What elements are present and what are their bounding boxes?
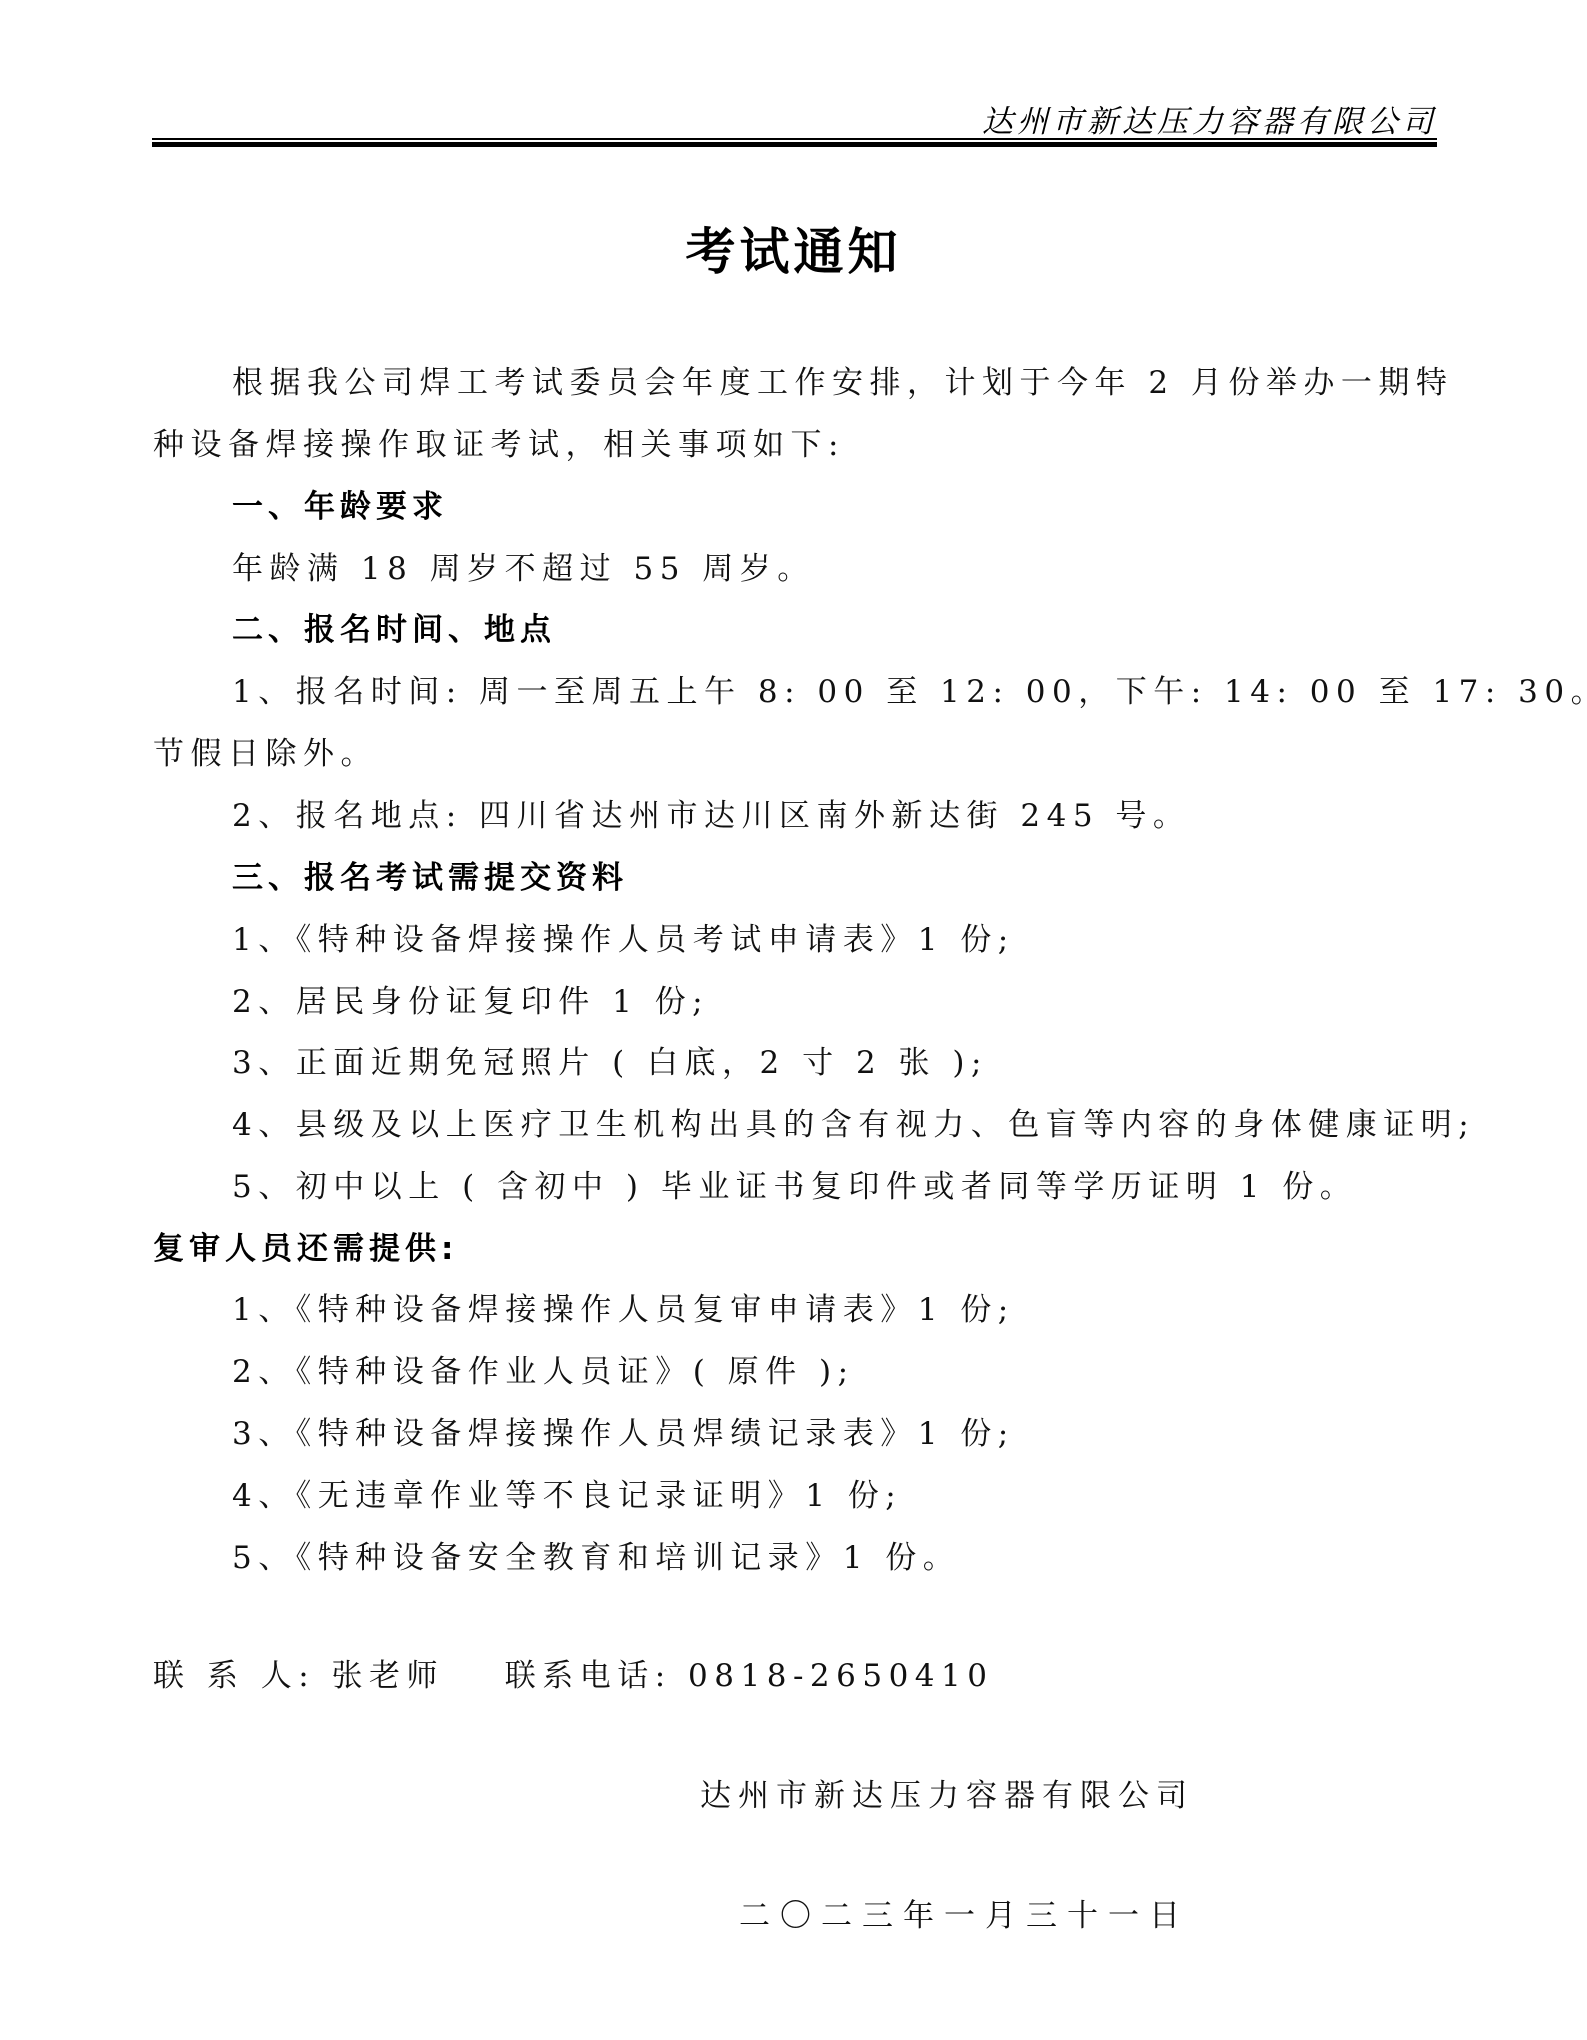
contact-line: 联 系 人: 张老师 联系电话: 0818-2650410 [153,1656,993,1696]
section-heading-registration: 二、报名时间、地点 [232,610,556,650]
material-item-5: 5、初中以上 ( 含初中 ) 毕业证书复印件或者同等学历证明 1 份。 [232,1167,1357,1207]
header-company-name: 达州市新达压力容器有限公司 [982,96,1437,141]
review-heading: 复审人员还需提供: [153,1229,458,1269]
registration-location: 2、报名地点: 四川省达州市达川区南外新达街 245 号。 [232,796,1190,836]
signature-date: 二〇二三年一月三十一日 [739,1896,1190,1936]
material-item-2: 2、居民身份证复印件 1 份; [232,982,709,1022]
contact-phone-label: 联系电话: [505,1658,672,1694]
document-page: 达州市新达压力容器有限公司 考试通知 根据我公司焊工考试委员会年度工作安排，计划… [0,0,1587,2040]
contact-person: 张老师 [332,1658,445,1694]
header-rule-thin [152,138,1437,140]
review-item-1: 1、《特种设备焊接操作人员复审申请表》1 份; [232,1290,1015,1330]
contact-person-label: 联 系 人: [153,1658,315,1694]
review-item-4: 4、《无违章作业等不良记录证明》1 份; [232,1476,902,1516]
age-requirement: 年龄满 18 周岁不超过 55 周岁。 [232,549,815,589]
registration-time-cont: 节假日除外。 [153,734,378,774]
section-heading-materials: 三、报名考试需提交资料 [232,858,628,898]
document-title: 考试通知 [0,212,1587,284]
material-item-3: 3、正面近期免冠照片 ( 白底，2 寸 2 张 ); [232,1043,988,1083]
review-item-2: 2、《特种设备作业人员证》( 原件 ); [232,1352,855,1392]
signature-company: 达州市新达压力容器有限公司 [700,1776,1194,1816]
material-item-1: 1、《特种设备焊接操作人员考试申请表》1 份; [232,920,1015,960]
section-heading-age: 一、年龄要求 [232,487,448,527]
header-rule-thick [152,142,1437,147]
review-item-5: 5、《特种设备安全教育和培训记录》1 份。 [232,1538,960,1578]
intro-line-1: 根据我公司焊工考试委员会年度工作安排，计划于今年 2 月份举办一期特 [232,363,1453,403]
intro-line-2: 种设备焊接操作取证考试，相关事项如下: [153,425,845,465]
registration-time: 1、报名时间: 周一至周五上午 8: 00 至 12: 00，下午: 14: 0… [232,672,1587,712]
contact-phone: 0818-2650410 [688,1658,993,1694]
material-item-4: 4、县级及以上医疗卫生机构出具的含有视力、色盲等内容的身体健康证明; [232,1105,1475,1145]
review-item-3: 3、《特种设备焊接操作人员焊绩记录表》1 份; [232,1414,1015,1454]
